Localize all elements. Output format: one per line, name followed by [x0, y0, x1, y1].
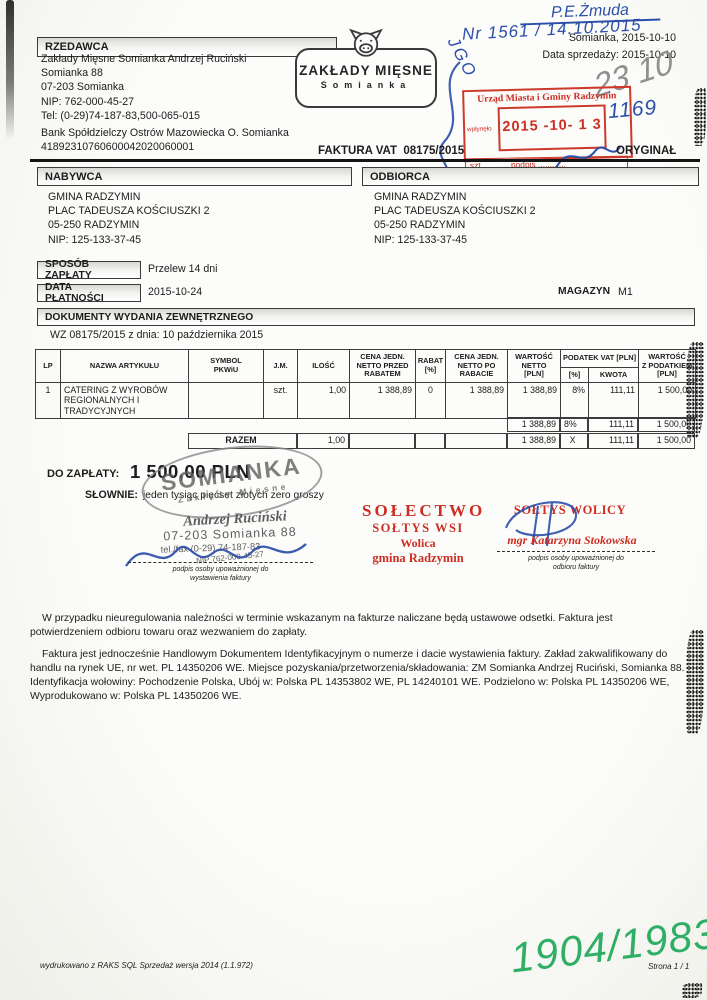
total-empty-2	[415, 433, 445, 449]
note-paragraph-1: W przypadku nieuregulowania należności w…	[30, 612, 685, 640]
cell-price-after: 1 388,89	[446, 383, 508, 419]
receiver-signature-caption-2: odbioru faktury	[497, 563, 655, 572]
receiver-section-header: ODBIORCA	[362, 167, 699, 186]
total-empty-3	[445, 433, 507, 449]
total-gross: 1 500,00	[638, 433, 695, 449]
buyer-name: GMINA RADZYMIN	[48, 190, 210, 204]
total-net: 1 388,89	[507, 433, 560, 449]
payment-date-value: 2015-10-24	[148, 286, 202, 298]
invoice-title: FAKTURA VAT 08175/2015	[318, 145, 464, 157]
receiver-name: GMINA RADZYMIN	[374, 190, 536, 204]
total-vat-amount: 111,11	[588, 433, 638, 449]
cell-qty: 1,00	[298, 383, 350, 419]
subtotal-gross: 1 500,00	[638, 417, 695, 432]
logo-title: ZAKŁADY MIĘSNE	[297, 63, 435, 78]
col-header-price-after: CENA JEDN. NETTO PO RABACIE	[446, 350, 508, 383]
col-header-vat-amount: KWOTA	[589, 368, 639, 383]
pig-logo-icon	[343, 28, 389, 58]
col-header-qty: ILOŚĆ	[298, 350, 350, 383]
col-header-lp: LP	[36, 350, 61, 383]
seller-name: Zakłady Mięsne Somianka Andrzej Ruciński	[41, 52, 247, 66]
subtotal-vat-pct: 8%	[560, 417, 588, 432]
issuer-signature-line	[128, 562, 313, 563]
buyer-city: 05-250 RADZYMIN	[48, 218, 210, 232]
buyer-nip: NIP: 125-133-37-45	[48, 233, 210, 247]
scan-artifact-right-1	[694, 88, 706, 146]
receiver-signature-line	[497, 551, 655, 552]
handwritten-green-number: 1904/1983	[508, 910, 707, 983]
village-stamp: SOŁECTWO SOŁTYS WSI Wolica gmina Radzymi…	[362, 501, 474, 566]
buyer-section-header: NABYWCA	[37, 167, 352, 186]
table-row: 1 CATERING Z WYROBÓW REGIONALNYCH I TRAD…	[36, 383, 696, 419]
cell-symbol	[189, 383, 264, 419]
documents-label: DOKUMENTY WYDANIA ZEWNĘTRZNEGO	[45, 312, 253, 323]
seller-bank-name: Bank Spółdzielczy Ostrów Mazowiecka O. S…	[41, 126, 289, 140]
seller-bank-block: Bank Spółdzielczy Ostrów Mazowiecka O. S…	[41, 126, 289, 154]
receiver-label: ODBIORCA	[370, 171, 430, 183]
seller-nip: NIP: 762-000-45-27	[41, 95, 247, 109]
documents-section-header: DOKUMENTY WYDANIA ZEWNĘTRZNEGO	[37, 308, 695, 326]
issuer-signature-caption-2: wystawienia faktury	[128, 574, 313, 583]
buyer-address-block: GMINA RADZYMIN PLAC TADEUSZA KOŚCIUSZKI …	[48, 190, 210, 247]
seller-bank-account: 41892310760600042020060001	[41, 140, 289, 154]
receiver-city: 05-250 RADZYMIN	[374, 218, 536, 232]
seller-phone: Tel: (0-29)74-187-83,500-065-015	[41, 109, 247, 123]
receiver-nip: NIP: 125-133-37-45	[374, 233, 536, 247]
buyer-label: NABYWCA	[45, 171, 102, 183]
receiver-signature-caption-1: podpis osoby upoważnionej do	[497, 554, 655, 563]
seller-street: Somianka 88	[41, 66, 247, 80]
col-header-gross: WARTOŚĆ Z PODATKIEM [PLN]	[639, 350, 696, 383]
col-header-vat-pct: [%]	[561, 368, 589, 383]
col-header-price-before: CENA JEDN. NETTO PRZED RABATEM	[350, 350, 416, 383]
footer-printed-by: wydrukowano z RAKS SQL Sprzedaż wersja 2…	[40, 961, 253, 970]
warehouse-value: M1	[618, 286, 633, 298]
city-stamp-date: 2015 -10- 1 3	[500, 117, 604, 136]
scan-artifact-right-4	[682, 983, 702, 998]
company-logo: ZAKŁADY MIĘSNE Somianka	[295, 48, 437, 108]
cell-net: 1 388,89	[508, 383, 561, 419]
warehouse-label: MAGAZYN	[558, 286, 610, 297]
title-divider	[30, 159, 700, 162]
invoice-scan-page: RZEDAWCA Zakłady Mięsne Somianka Andrzej…	[0, 0, 707, 1000]
buyer-street: PLAC TADEUSZA KOŚCIUSZKI 2	[48, 204, 210, 218]
footer-page-number: Strona 1 / 1	[648, 962, 689, 971]
payment-date-label: DATA PŁATNOŚCI	[45, 282, 133, 304]
scan-artifact-left-edge	[6, 0, 14, 140]
cell-price-before: 1 388,89	[350, 383, 416, 419]
col-header-symbol: SYMBOL PKWiU	[189, 350, 264, 383]
note-paragraph-2: Faktura jest jednocześnie Handlowym Doku…	[30, 648, 692, 704]
cell-gross: 1 500,00	[639, 383, 696, 419]
receiver-street: PLAC TADEUSZA KOŚCIUSZKI 2	[374, 204, 536, 218]
village-stamp-line4: gmina Radzymin	[362, 551, 474, 566]
payment-date-box: DATA PŁATNOŚCI	[37, 284, 141, 302]
total-qty: 1,00	[297, 433, 349, 449]
col-header-discount: RABAT [%]	[416, 350, 446, 383]
subtotal-net: 1 388,89	[507, 417, 560, 432]
cell-vat-pct: 8%	[561, 383, 589, 419]
receiver-address-block: GMINA RADZYMIN PLAC TADEUSZA KOŚCIUSZKI …	[374, 190, 536, 247]
documents-value: WZ 08175/2015 z dnia: 10 października 20…	[50, 329, 263, 341]
amount-words-label: SŁOWNIE:	[85, 489, 138, 501]
issuer-signature-caption-1: podpis osoby upoważnionej do	[128, 565, 313, 574]
amount-due-label: DO ZAPŁATY:	[47, 468, 119, 480]
village-stamp-line1: SOŁECTWO	[362, 501, 474, 521]
payment-method-value: Przelew 14 dni	[148, 263, 218, 275]
seller-city: 07-203 Somianka	[41, 80, 247, 94]
total-empty-1	[349, 433, 415, 449]
payment-method-label: SPOSÓB ZAPŁATY	[45, 259, 133, 281]
village-stamp-line2: SOŁTYS WSI	[362, 521, 474, 536]
total-vat-pct: X	[560, 433, 588, 449]
logo-subtitle: Somianka	[297, 80, 435, 90]
cell-discount: 0	[416, 383, 446, 419]
col-header-net: WARTOŚĆ NETTO [PLN]	[508, 350, 561, 383]
subtotal-vat-amount: 111,11	[588, 417, 638, 432]
items-table: LP NAZWA ARTYKUŁU SYMBOL PKWiU J.M. ILOŚ…	[35, 349, 696, 419]
original-label: ORYGINAŁ	[616, 145, 676, 157]
seller-address-block: Zakłady Mięsne Somianka Andrzej Ruciński…	[41, 52, 247, 123]
col-header-vat-group: PODATEK VAT [PLN]	[561, 350, 639, 368]
cell-name: CATERING Z WYROBÓW REGIONALNYCH I TRADYC…	[61, 383, 189, 419]
col-header-jm: J.M.	[264, 350, 298, 383]
city-stamp-title: Urząd Miasta i Gminy Radzymin	[464, 90, 629, 105]
col-header-name: NAZWA ARTYKUŁU	[61, 350, 189, 383]
cell-vat-amount: 111,11	[589, 383, 639, 419]
cell-jm: szt.	[264, 383, 298, 419]
city-stamp-received-label: wpłynęło	[467, 125, 492, 133]
payment-method-box: SPOSÓB ZAPŁATY	[37, 261, 141, 279]
cell-lp: 1	[36, 383, 61, 419]
soltys-stamp-name: mgr Katarzyna Stokowska	[492, 533, 652, 548]
village-stamp-line3: Wolica	[362, 536, 474, 551]
